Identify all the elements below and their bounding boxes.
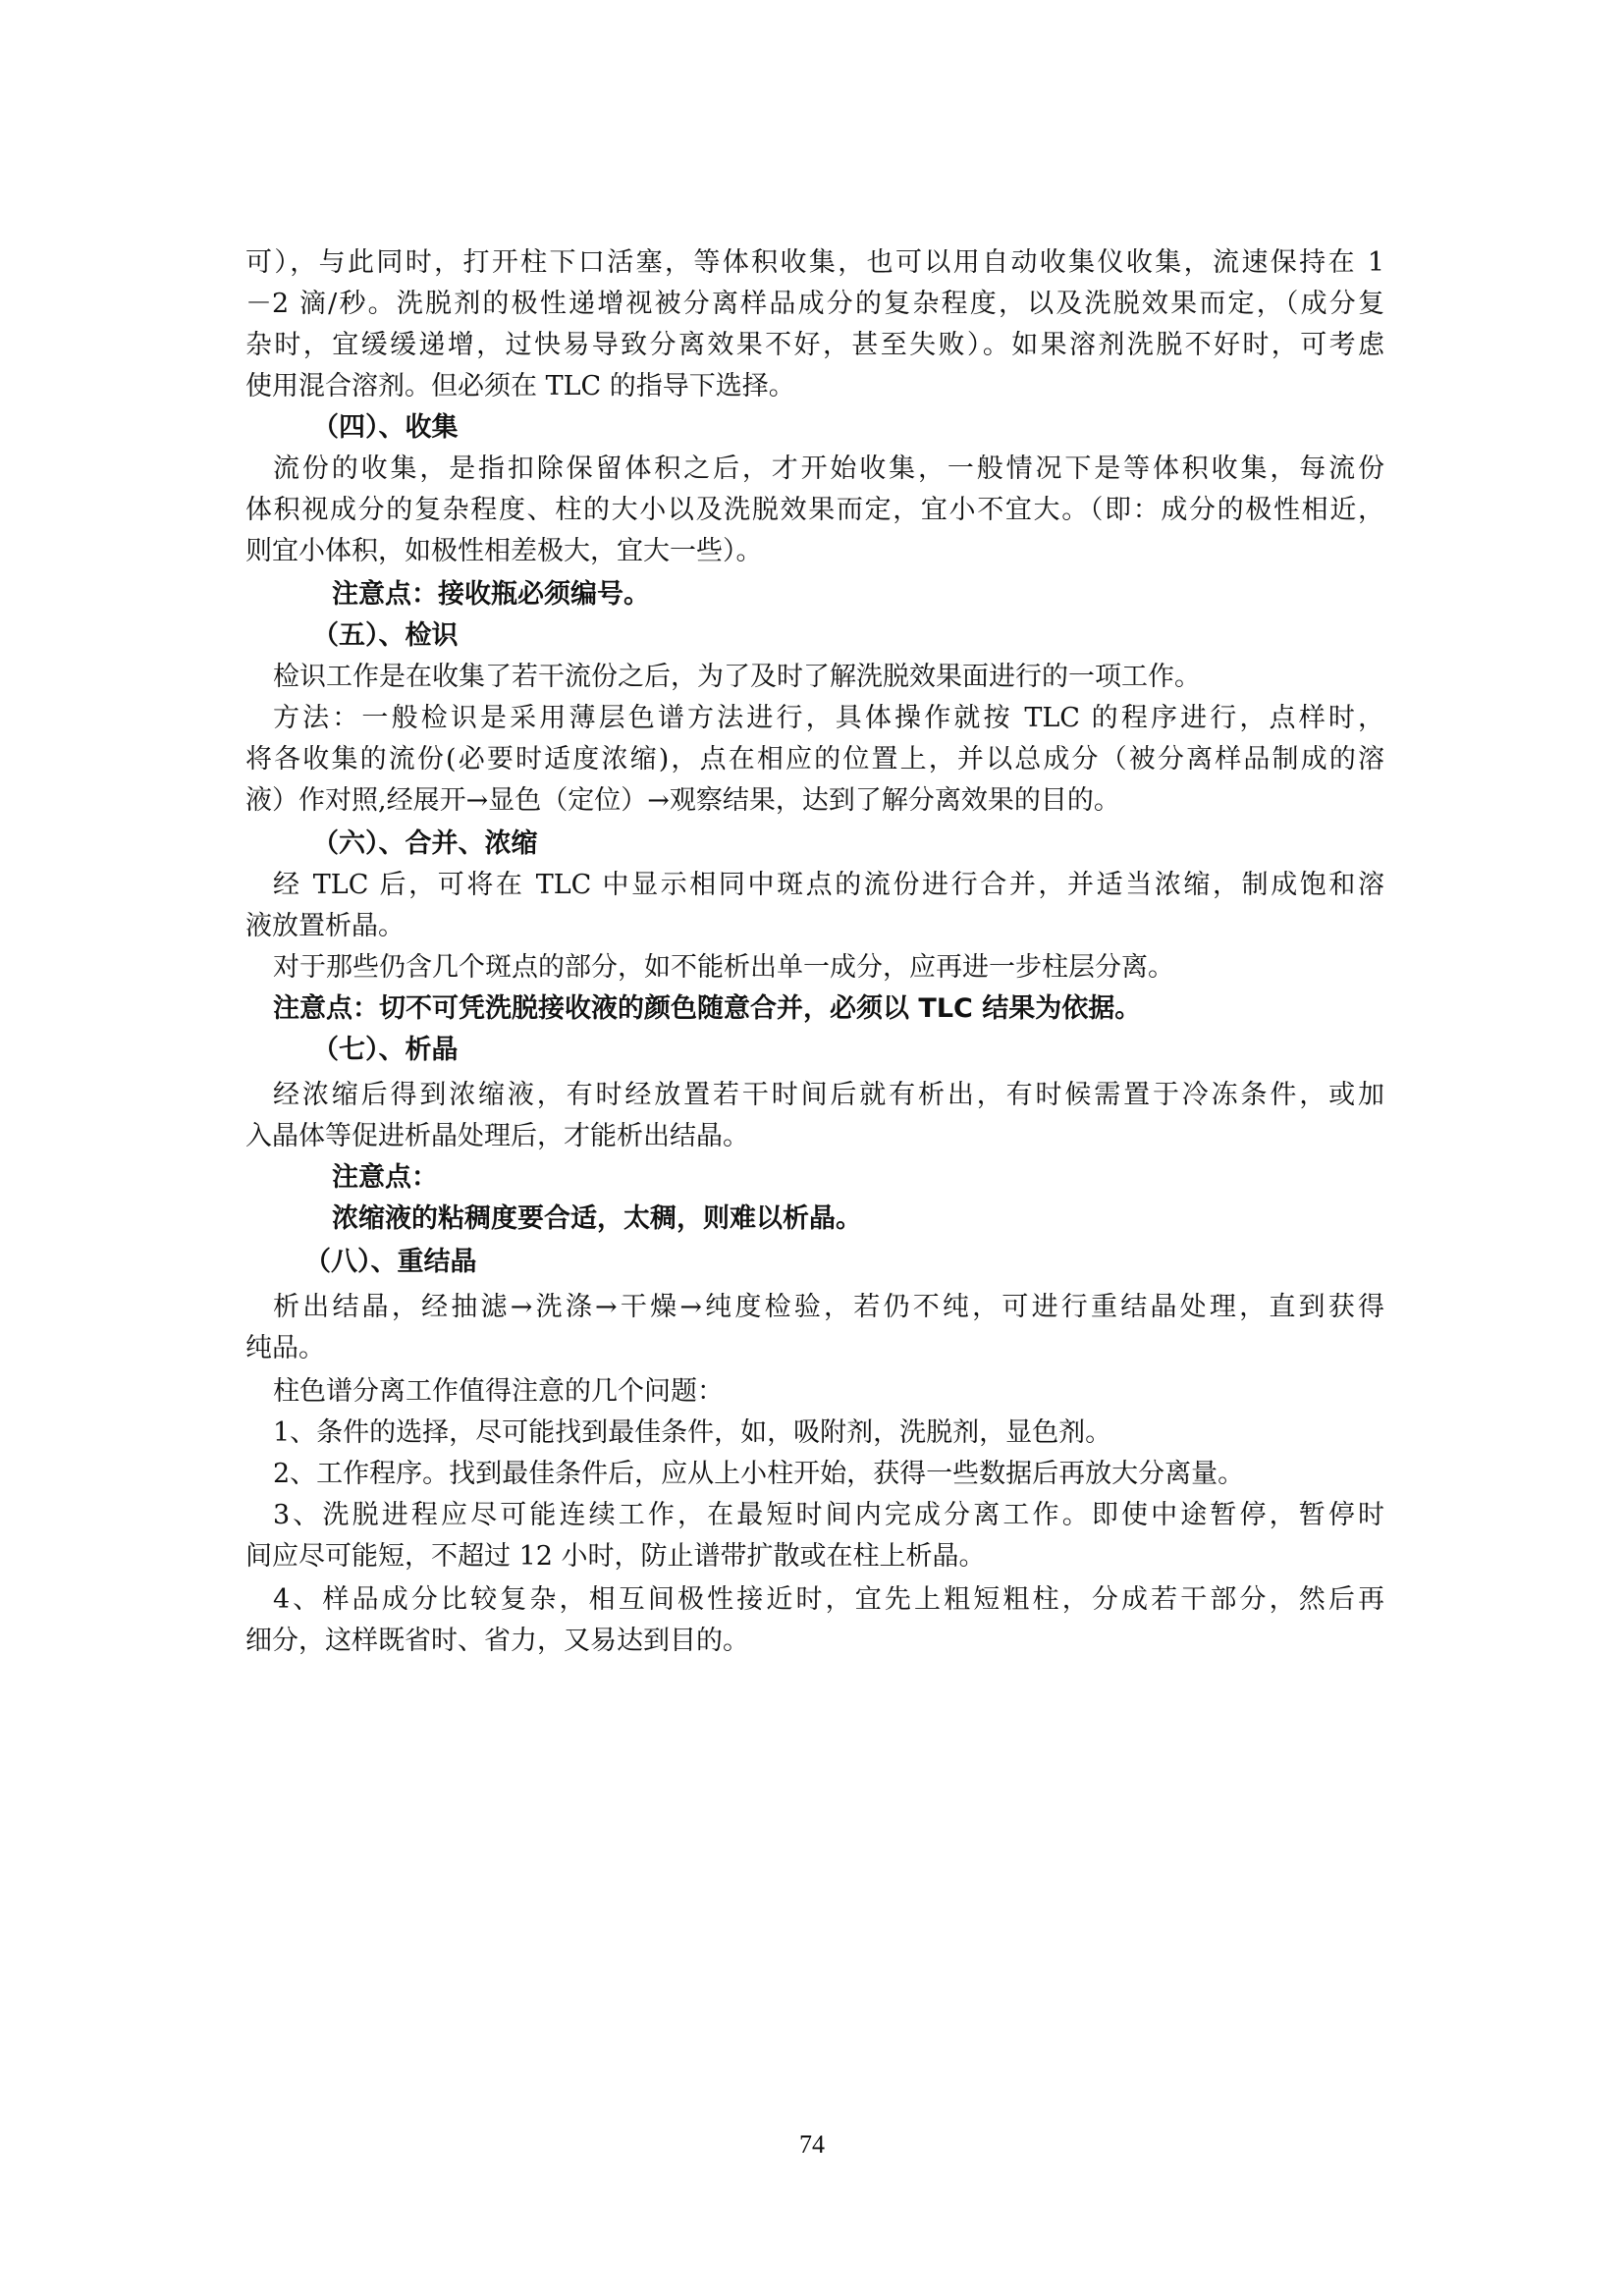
body-line: 检识工作是在收集了若干流份之后，为了及时了解洗脱效果面进行的一项工作。 — [273, 661, 1384, 694]
page-number: 74 — [0, 2130, 1624, 2160]
body-line: 杂时，宜缓缓递增，过快易导致分离效果不好，甚至失败）。如果溶剂洗脱不好时，可考虑 — [245, 329, 1384, 362]
body-line: 柱色谱分离工作值得注意的几个问题： — [273, 1375, 1384, 1409]
body-line: 方法：一般检识是采用薄层色谱方法进行，具体操作就按 TLC 的程序进行，点样时， — [273, 702, 1384, 735]
body-line: 液）作对照,经展开→显色（定位）→观察结果，达到了解分离效果的目的。 — [245, 784, 1384, 818]
body-line: －2 滴/秒。洗脱剂的极性递增视被分离样品成分的复杂程度，以及洗脱效果而定，（成… — [245, 288, 1384, 321]
body-line: 细分，这样既省时、省力，又易达到目的。 — [245, 1625, 1384, 1658]
section-heading-4: （四）、收集 — [312, 411, 1451, 445]
body-line: 经浓缩后得到浓缩液，有时经放置若干时间后就有析出，有时候需置于冷冻条件，或加 — [273, 1079, 1384, 1112]
section-heading-6: （六）、合并、浓缩 — [312, 828, 1451, 861]
note-line: 浓缩液的粘稠度要合适，太稠，则难以析晶。 — [332, 1202, 1471, 1236]
list-item-3: 3、洗脱进程应尽可能连续工作，在最短时间内完成分离工作。即使中途暂停，暂停时 — [273, 1499, 1384, 1532]
body-line: 间应尽可能短，不超过 12 小时，防止谱带扩散或在柱上析晶。 — [245, 1540, 1384, 1574]
body-line: 液放置析晶。 — [245, 910, 1384, 943]
body-line: 析出结晶，经抽滤→洗涤→干燥→纯度检验，若仍不纯，可进行重结晶处理，直到获得 — [273, 1291, 1384, 1324]
body-line: 对于那些仍含几个斑点的部分，如不能析出单一成分，应再进一步柱层分离。 — [273, 951, 1384, 985]
body-line: 将各收集的流份(必要时适度浓缩)，点在相应的位置上，并以总成分（被分离样品制成的… — [245, 743, 1384, 776]
document-page: 可），与此同时，打开柱下口活塞，等体积收集，也可以用自动收集仪收集，流速保持在 … — [0, 0, 1624, 2296]
list-item-4: 4、样品成分比较复杂，相互间极性接近时，宜先上粗短粗柱，分成若干部分，然后再 — [273, 1583, 1384, 1617]
body-line: 体积视成分的复杂程度、柱的大小以及洗脱效果而定，宜小不宜大。（即：成分的极性相近… — [245, 494, 1384, 527]
section-heading-8: （八）、重结晶 — [304, 1246, 1443, 1279]
body-line: 则宜小体积，如极性相差极大，宜大一些）。 — [245, 535, 1384, 568]
body-line: 使用混合溶剂。但必须在 TLC 的指导下选择。 — [245, 370, 1384, 403]
note-line: 注意点：接收瓶必须编号。 — [332, 578, 1471, 612]
body-line: 纯品。 — [245, 1332, 1384, 1365]
note-line: 注意点： — [332, 1161, 1471, 1195]
list-item-2: 2、工作程序。找到最佳条件后，应从上小柱开始，获得一些数据后再放大分离量。 — [273, 1458, 1384, 1491]
body-line: 入晶体等促进析晶处理后，才能析出结晶。 — [245, 1120, 1384, 1153]
note-line: 注意点：切不可凭洗脱接收液的颜色随意合并，必须以 TLC 结果为依据。 — [273, 992, 1412, 1026]
body-line: 流份的收集，是指扣除保留体积之后，才开始收集，一般情况下是等体积收集，每流份 — [273, 453, 1384, 486]
body-line: 可），与此同时，打开柱下口活塞，等体积收集，也可以用自动收集仪收集，流速保持在 … — [245, 246, 1384, 280]
list-item-1: 1、条件的选择，尽可能找到最佳条件，如，吸附剂，洗脱剂，显色剂。 — [273, 1416, 1384, 1450]
body-line: 经 TLC 后，可将在 TLC 中显示相同中斑点的流份进行合并，并适当浓缩，制成… — [273, 869, 1384, 902]
section-heading-7: （七）、析晶 — [312, 1034, 1451, 1067]
section-heading-5: （五）、检识 — [312, 619, 1451, 653]
